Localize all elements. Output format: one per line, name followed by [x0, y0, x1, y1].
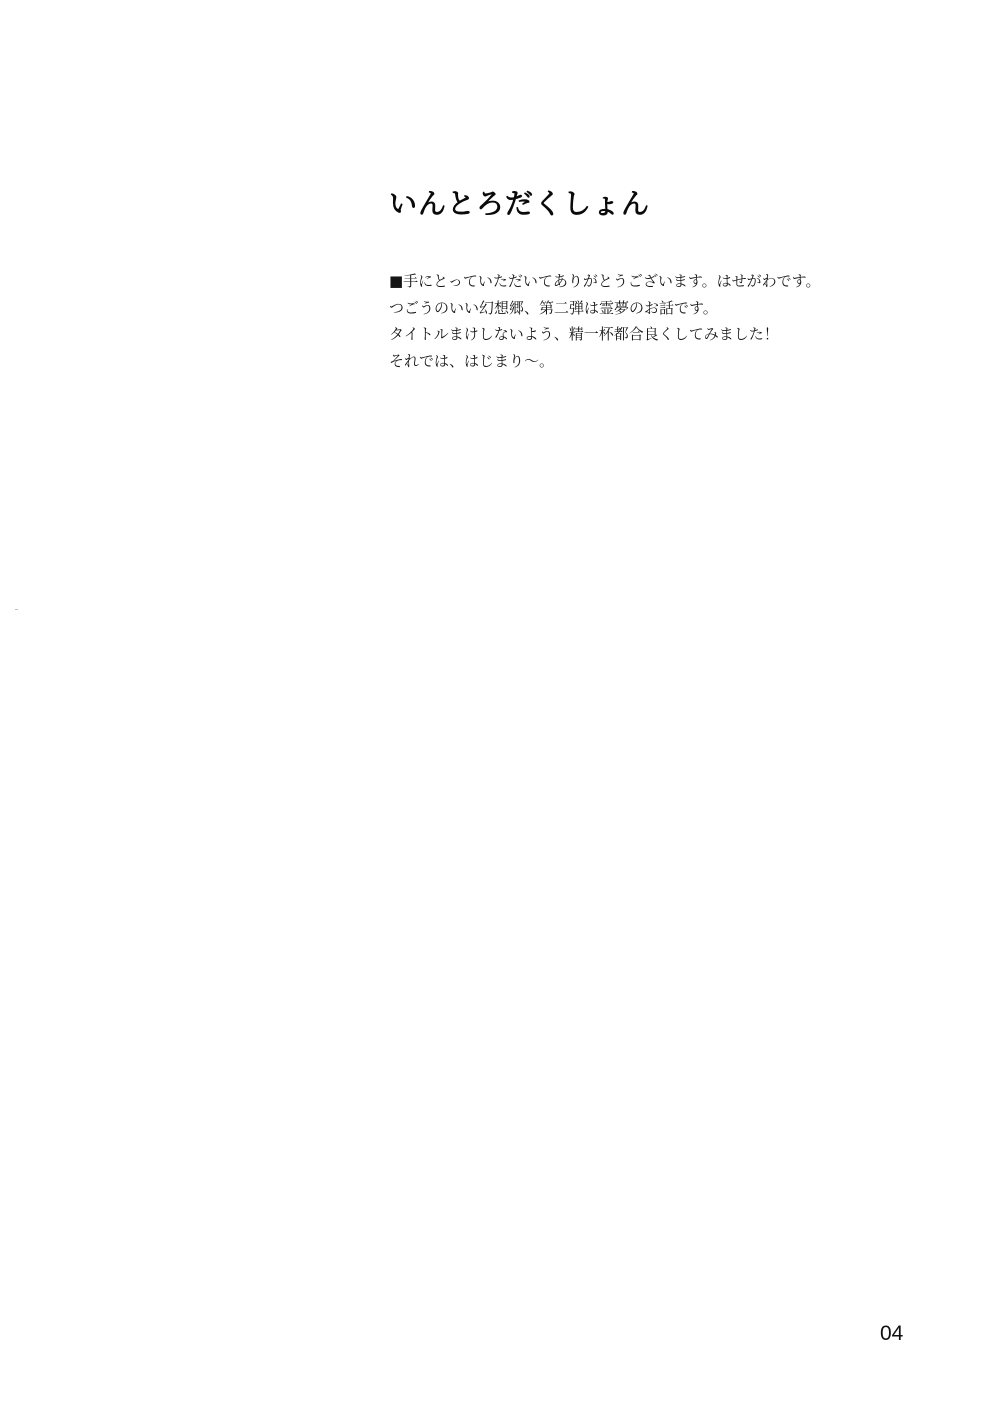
intro-section: いんとろだくしょん ■手にとっていただいてありがとうございます。はせがわです。 …	[389, 184, 869, 374]
body-line: タイトルまけしないよう、精一杯都合良くしてみました！	[389, 321, 869, 348]
page-number: 04	[880, 1322, 903, 1346]
scan-artifact	[15, 609, 18, 610]
body-line: つごうのいい幻想郷、第二弾は霊夢のお話です。	[389, 295, 869, 322]
document-page: いんとろだくしょん ■手にとっていただいてありがとうございます。はせがわです。 …	[0, 0, 1000, 1428]
body-line: ■手にとっていただいてありがとうございます。はせがわです。	[389, 268, 869, 295]
page-title: いんとろだくしょん	[389, 184, 869, 224]
body-line: それでは、はじまり～。	[389, 348, 869, 375]
intro-body: ■手にとっていただいてありがとうございます。はせがわです。 つごうのいい幻想郷、…	[389, 268, 869, 374]
